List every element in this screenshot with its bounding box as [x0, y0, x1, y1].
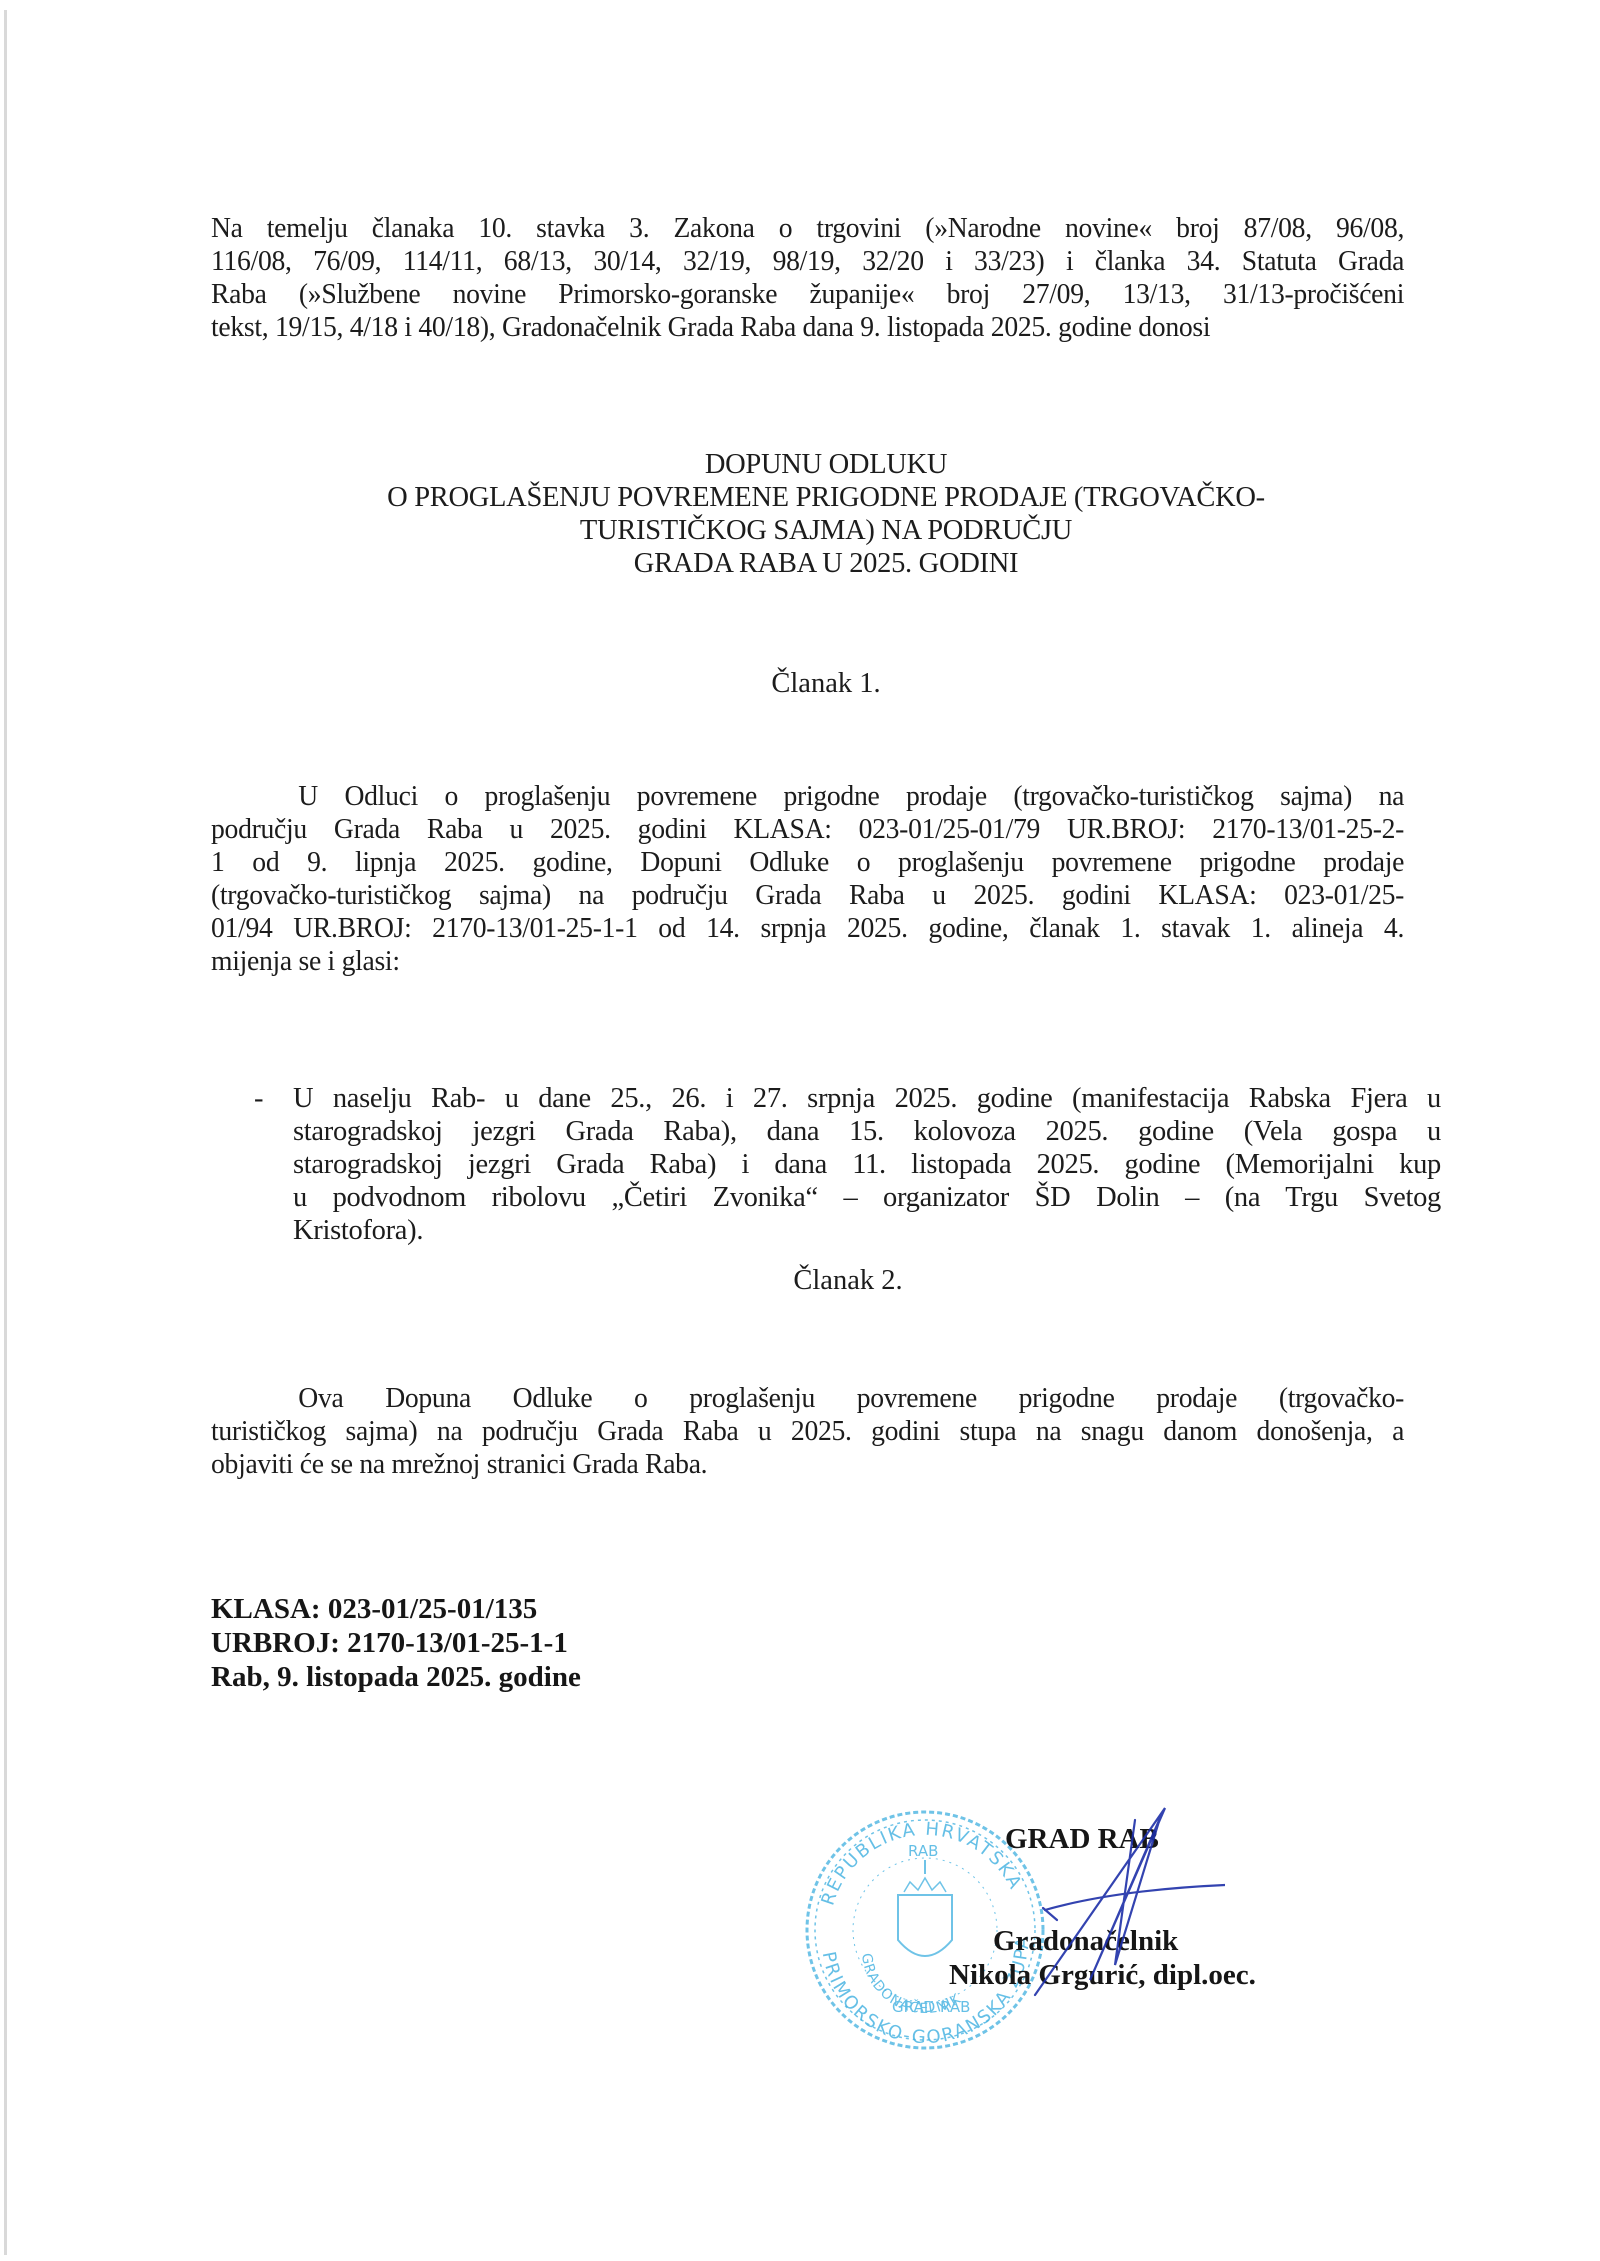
title-line: DOPUNU ODLUKU — [211, 448, 1441, 481]
klasa-number: KLASA: 023-01/25-01/135 — [211, 1592, 581, 1626]
article-1-line: području Grada Raba u 2025. godini KLASA… — [211, 813, 1404, 846]
intro-line: Na temelju članaka 10. stavka 3. Zakona … — [211, 212, 1404, 245]
article-2-heading: Članak 2. — [233, 1264, 1463, 1297]
article-1-line: (trgovačko-turističkog sajma) na područj… — [211, 879, 1404, 912]
scan-edge-line — [4, 10, 7, 2255]
document-reference-block: KLASA: 023-01/25-01/135 URBROJ: 2170-13/… — [211, 1592, 581, 1694]
article-2-line: objaviti će se na mrežnoj stranici Grada… — [211, 1448, 1404, 1481]
list-item-text: U naselju Rab- u dane 25., 26. i 27. srp… — [293, 1082, 1441, 1247]
article-1-line: 1 od 9. lipnja 2025. godine, Dopuni Odlu… — [211, 846, 1404, 879]
intro-line: Raba (»Službene novine Primorsko-goransk… — [211, 278, 1404, 311]
intro-paragraph: Na temelju članaka 10. stavka 3. Zakona … — [211, 212, 1404, 344]
place-and-date: Rab, 9. listopada 2025. godine — [211, 1660, 581, 1694]
list-line: starogradskoj jezgri Grada Raba), dana 1… — [293, 1115, 1441, 1148]
title-line: O PROGLAŠENJU POVREMENE PRIGODNE PRODAJE… — [211, 481, 1441, 514]
title-line: GRADA RABA U 2025. GODINI — [211, 547, 1441, 580]
intro-line: tekst, 19/15, 4/18 i 40/18), Gradonačeln… — [211, 311, 1404, 344]
article-1-heading: Članak 1. — [211, 667, 1441, 700]
list-line: Kristofora). — [293, 1214, 1441, 1247]
article-2-paragraph: Ova Dopuna Odluke o proglašenju povremen… — [211, 1382, 1404, 1481]
article-1-paragraph: U Odluci o proglašenju povremene prigodn… — [211, 780, 1404, 978]
intro-line: 116/08, 76/09, 114/11, 68/13, 30/14, 32/… — [211, 245, 1404, 278]
article-2-line: Ova Dopuna Odluke o proglašenju povremen… — [211, 1382, 1404, 1415]
list-bullet-dash: - — [254, 1082, 263, 1115]
article-1-line: mijenja se i glasi: — [211, 945, 1404, 978]
handwritten-signature-icon — [985, 1790, 1225, 2010]
svg-text:GRAD RAB: GRAD RAB — [892, 1998, 970, 2016]
article-2-line: turističkog sajma) na području Grada Rab… — [211, 1415, 1404, 1448]
list-line: starogradskoj jezgri Grada Raba) i dana … — [293, 1148, 1441, 1181]
document-title: DOPUNU ODLUKU O PROGLAŠENJU POVREMENE PR… — [211, 448, 1441, 580]
svg-text:RAB: RAB — [908, 1842, 938, 1860]
article-1-line: 01/94 UR.BROJ: 2170-13/01-25-1-1 od 14. … — [211, 912, 1404, 945]
article-1-line: U Odluci o proglašenju povremene prigodn… — [211, 780, 1404, 813]
list-line: u podvodnom ribolovu „Četiri Zvonika“ – … — [293, 1181, 1441, 1214]
title-line: TURISTIČKOG SAJMA) NA PODRUČJU — [211, 514, 1441, 547]
urbroj-number: URBROJ: 2170-13/01-25-1-1 — [211, 1626, 581, 1660]
list-line: U naselju Rab- u dane 25., 26. i 27. srp… — [293, 1082, 1441, 1115]
